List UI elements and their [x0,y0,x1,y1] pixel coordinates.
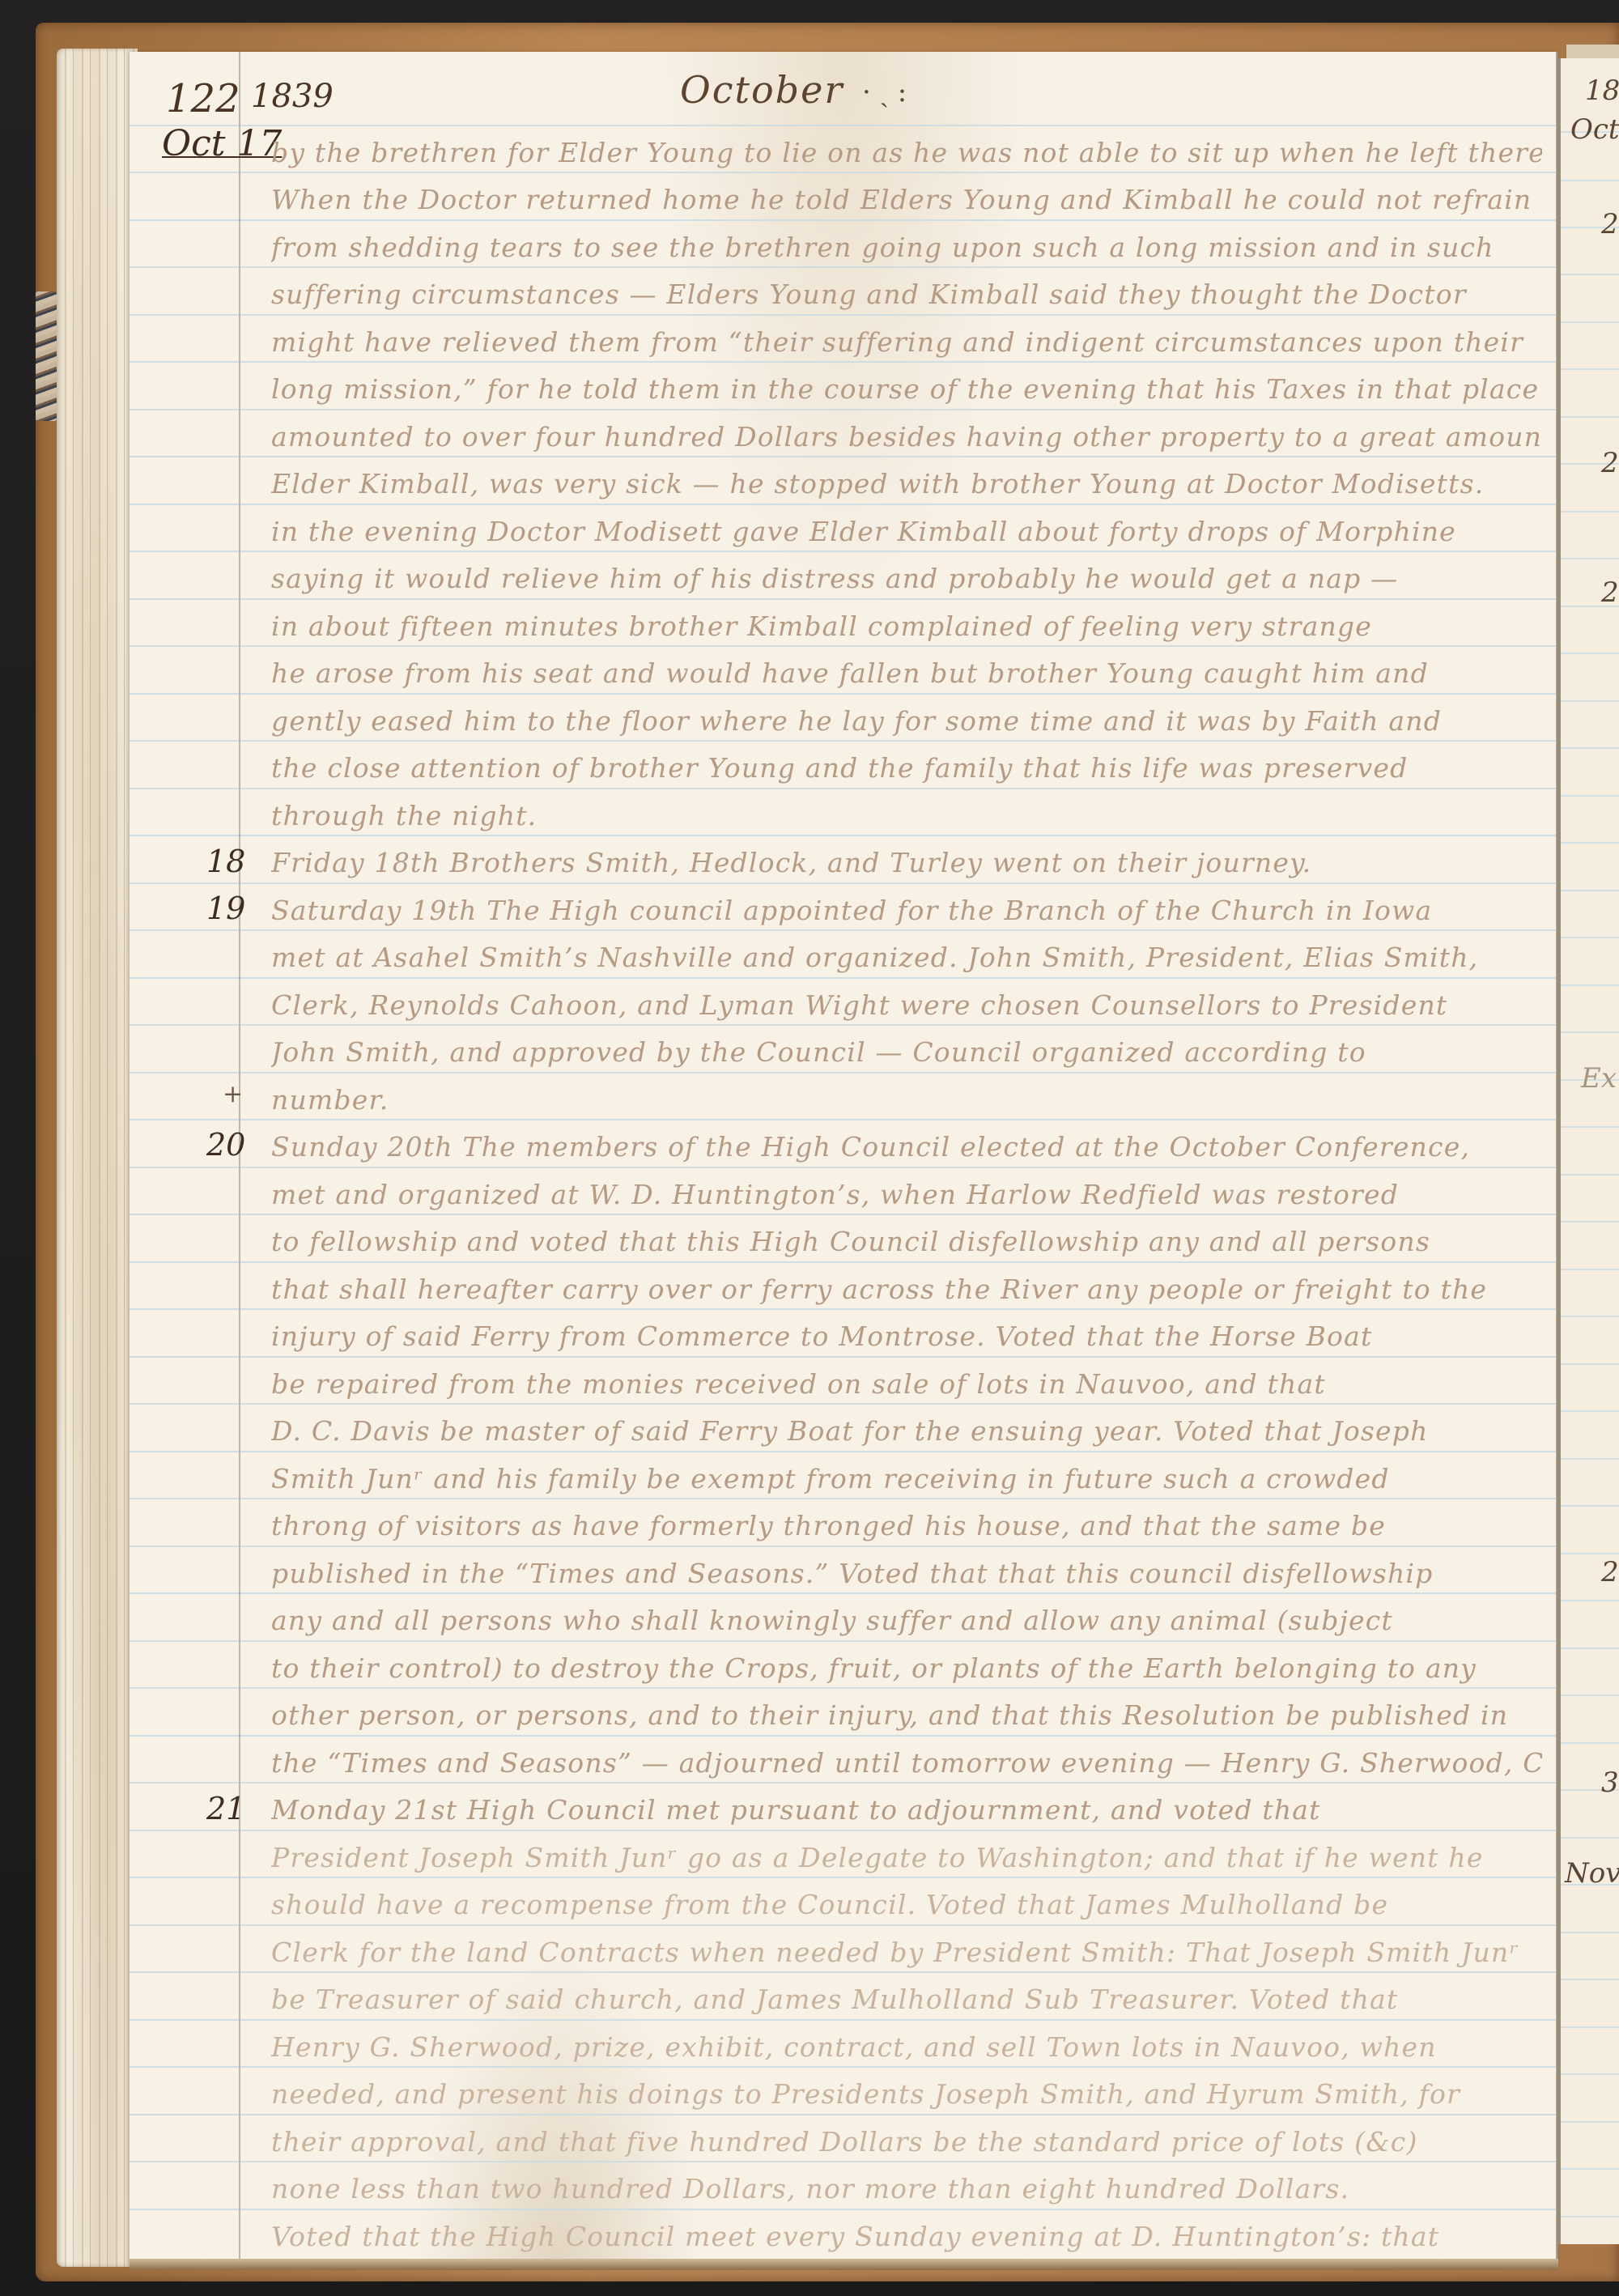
margin-date-header: Oct 17 [162,123,282,164]
text-line: Henry G. Sherwood, prize, exhibit, contr… [271,2031,1542,2063]
text-line: President Joseph Smith Junʳ go as a Dele… [271,1842,1542,1873]
text-line: by the brethren for Elder Young to lie o… [271,137,1542,168]
text-line: gently eased him to the floor where he l… [271,705,1542,737]
text-line: When the Doctor returned home he told El… [271,184,1542,215]
date-mark: 21 [206,1791,245,1826]
text-line: be repaired from the monies received on … [271,1368,1542,1400]
text-line: number. [271,1084,1542,1116]
text-line: long mission,” for he told them in the c… [271,373,1542,405]
text-line: their approval, and that five hundred Do… [271,2126,1542,2158]
text-line: suffering circumstances — Elders Young a… [271,278,1542,310]
text-line: in about fifteen minutes brother Kimball… [271,610,1542,642]
text-line: Clerk, Reynolds Cahoon, and Lyman Wight … [271,989,1542,1021]
text-line: Elder Kimball, was very sick — he stoppe… [271,468,1542,500]
adjacent-header-fragment: 18 [1585,74,1619,107]
month-heading: October [680,68,843,112]
text-line: Friday 18th Brothers Smith, Hedlock, and… [271,847,1542,878]
text-line: amounted to over four hundred Dollars be… [271,421,1542,453]
text-line: he arose from his seat and would have fa… [271,657,1542,689]
text-line: through the night. [271,800,1542,831]
adjacent-date-mark: 3 [1601,1767,1619,1799]
date-mark: 20 [206,1127,245,1163]
text-line: D. C. Davis be master of said Ferry Boat… [271,1415,1542,1447]
text-line: in the evening Doctor Modisett gave Elde… [271,516,1542,547]
adjacent-month-mark: Nov [1565,1857,1619,1890]
text-line: to their control) to destroy the Crops, … [271,1652,1542,1684]
text-line: needed, and present his doings to Presid… [271,2078,1542,2110]
marbled-endpaper [36,291,57,421]
adjacent-date-mark: 2 [1601,576,1619,609]
text-line: from shedding tears to see the brethren … [271,232,1542,263]
text-line: the “Times and Seasons” — adjourned unti… [271,1747,1542,1779]
date-mark: 18 [206,844,245,879]
text-line: none less than two hundred Dollars, nor … [271,2173,1542,2205]
text-line: injury of said Ferry from Commerce to Mo… [271,1320,1542,1352]
text-line: Voted that the High Council meet every S… [271,2221,1542,2252]
text-line: to fellowship and voted that this High C… [271,1226,1542,1257]
text-line: met at Asahel Smith’s Nashville and orga… [271,942,1542,973]
text-line: met and organized at W. D. Huntington’s,… [271,1179,1542,1210]
year-heading: 1839 [251,78,334,115]
ledger-page: 122 Oct 17 1839 October · ˎ : by the bre… [130,52,1558,2267]
text-line: might have relieved them from “their suf… [271,326,1542,358]
text-line: that shall hereafter carry over or ferry… [271,1273,1542,1305]
text-line: other person, or persons, and to their i… [271,1699,1542,1731]
heading-ornament: · ˎ : [862,76,907,108]
text-line: saying it would relieve him of his distr… [271,563,1542,594]
stacked-page-edges [57,49,138,2267]
adjacent-month-fragment: Oct [1570,113,1619,146]
page-number: 122 [166,76,240,121]
worn-bottom-edge [130,2259,1558,2270]
adjacent-date-mark: 2 [1601,1556,1619,1588]
text-line: the close attention of brother Young and… [271,752,1542,784]
adjacent-date-mark: 2 [1601,447,1619,479]
text-line: throng of visitors as have formerly thro… [271,1510,1542,1541]
text-line: be Treasurer of said church, and James M… [271,1983,1542,2015]
text-line: Smith Junʳ and his family be exempt from… [271,1463,1542,1495]
scanned-book-spread: 18 Oct 2 2 2 Ex 2 3 Nov [0,0,1619,2296]
text-line: Monday 21st High Council met pursuant to… [271,1794,1542,1826]
text-line: should have a recompense from the Counci… [271,1889,1542,1920]
text-line: any and all persons who shall knowingly … [271,1605,1542,1636]
margin-cross-mark: + [223,1080,243,1108]
gutter-edge [1556,52,1558,2267]
text-line: Clerk for the land Contracts when needed… [271,1937,1542,1968]
date-mark: 19 [206,891,245,926]
text-line: John Smith, and approved by the Council … [271,1036,1542,1068]
text-line: published in the “Times and Seasons.” Vo… [271,1558,1542,1589]
text-line: Sunday 20th The members of the High Coun… [271,1131,1542,1163]
adjacent-date-mark: 2 [1601,208,1619,240]
text-line: Saturday 19th The High council appointed… [271,895,1542,926]
adjacent-margin-note: Ex [1581,1062,1617,1095]
adjacent-page-fragment: 18 Oct 2 2 2 Ex 2 3 Nov [1558,58,1619,2244]
